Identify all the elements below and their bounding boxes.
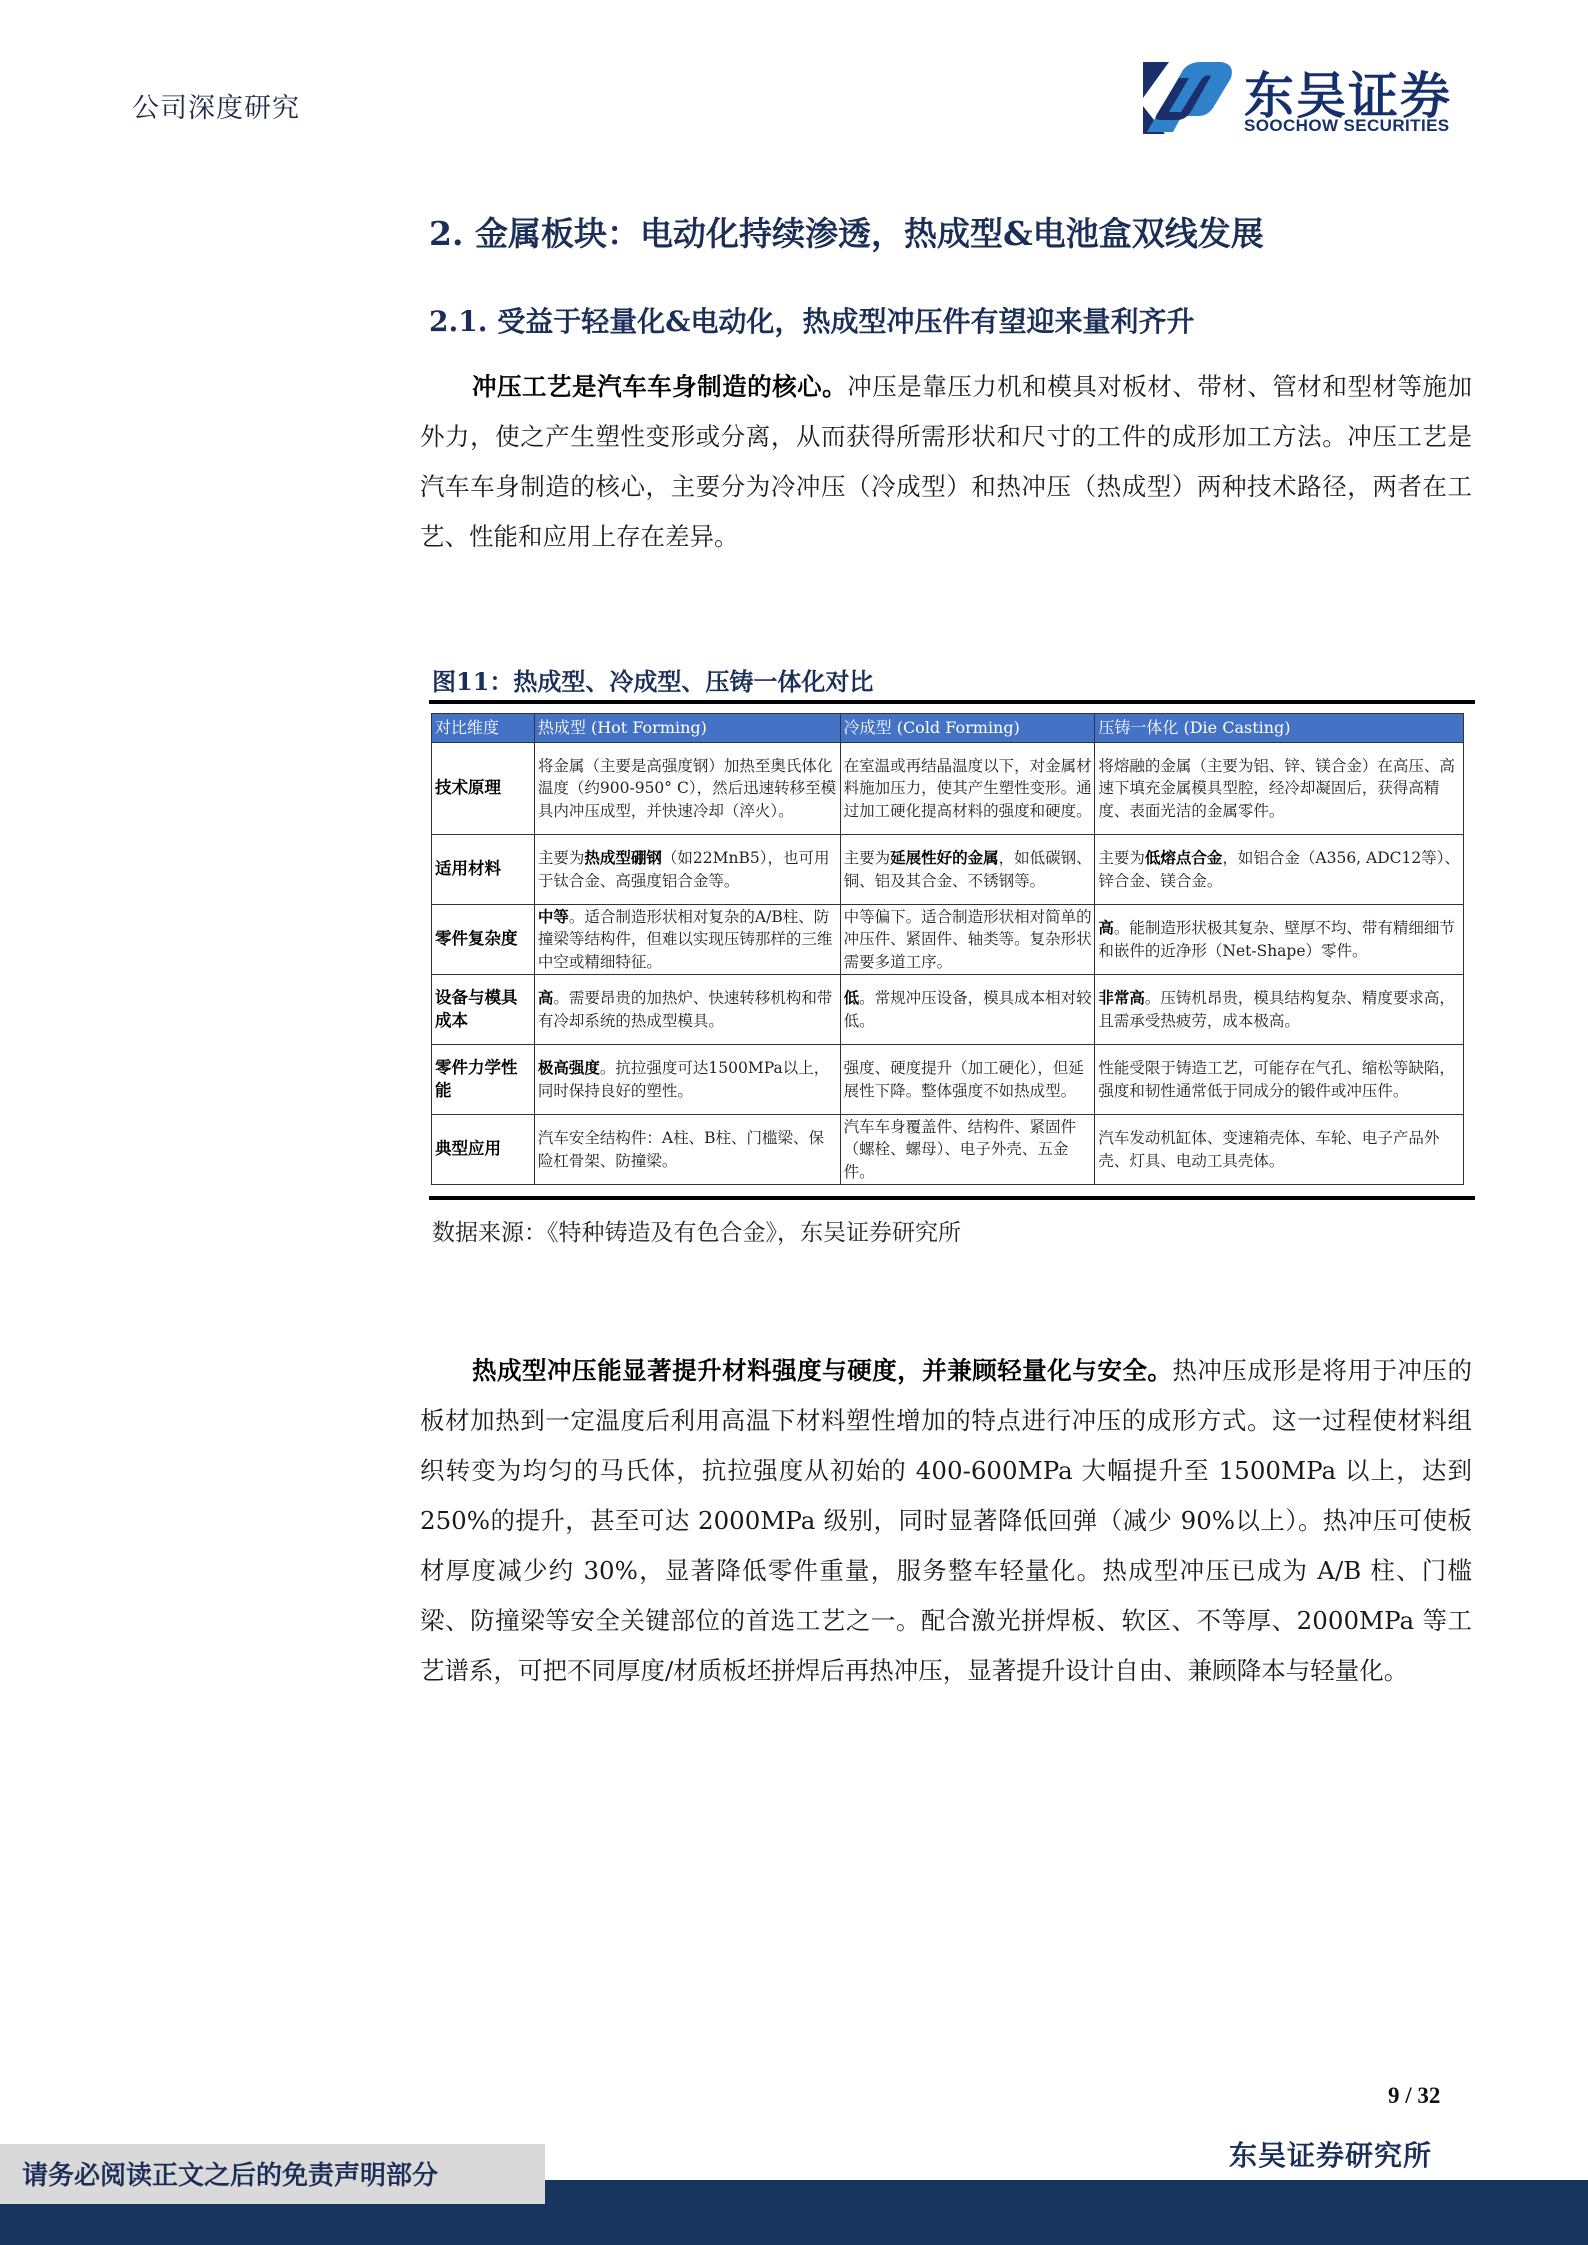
logo-name-en: SOOCHOW SECURITIES (1244, 116, 1450, 136)
cell-die: 性能受限于铸造工艺，可能存在气孔、缩松等缺陷，强度和韧性通常低于同成分的锻件或冲… (1095, 1045, 1464, 1115)
cell-cold: 主要为延展性好的金属，如低碳钢、铜、铝及其合金、不锈钢等。 (840, 835, 1095, 905)
table-row: 零件复杂度 中等。适合制造形状相对复杂的A/B柱、防撞梁等结构件，但难以实现压铸… (432, 905, 1464, 975)
paragraph-stamping-intro: 冲压工艺是汽车车身制造的核心。冲压是靠压力机和模具对板材、带材、管材和型材等施加… (420, 362, 1472, 562)
cell-cold: 强度、硬度提升（加工硬化），但延展性下降。整体强度不如热成型。 (840, 1045, 1095, 1115)
cell-cold: 低。常规冲压设备，模具成本相对较低。 (840, 975, 1095, 1045)
row-dimension: 零件力学性能 (432, 1045, 535, 1115)
paragraph-body: 热冲压成形是将用于冲压的板材加热到一定温度后利用高温下材料塑性增加的特点进行冲压… (420, 1356, 1472, 1685)
cell-die: 将熔融的金属（主要为铝、锌、镁合金）在高压、高速下填充金属模具型腔，经冷却凝固后… (1095, 743, 1464, 835)
soochow-logo: 东吴证券 SOOCHOW SECURITIES (1143, 62, 1473, 138)
table-header-row: 对比维度 热成型 (Hot Forming) 冷成型 (Cold Forming… (432, 714, 1464, 743)
table-row: 技术原理 将金属（主要是高强度钢）加热至奥氏体化温度（约900-950° C），… (432, 743, 1464, 835)
figure-top-rule (429, 700, 1475, 704)
cell-die: 主要为低熔点合金，如铝合金（A356, ADC12等）、锌合金、镁合金。 (1095, 835, 1464, 905)
cell-cold: 汽车车身覆盖件、结构件、紧固件（螺栓、螺母）、电子外壳、五金件。 (840, 1115, 1095, 1185)
column-header: 热成型 (Hot Forming) (534, 714, 840, 743)
section-heading: 2. 金属板块：电动化持续渗透，热成型&电池盒双线发展 (429, 208, 1264, 255)
subsection-heading: 2.1. 受益于轻量化&电动化，热成型冲压件有望迎来量利齐升 (429, 300, 1195, 340)
row-dimension: 零件复杂度 (432, 905, 535, 975)
paragraph-hot-forming: 热成型冲压能显著提升材料强度与硬度，并兼顾轻量化与安全。热冲压成形是将用于冲压的… (420, 1346, 1472, 1696)
figure-bottom-rule (429, 1196, 1475, 1200)
cell-hot: 极高强度。抗拉强度可达1500MPa以上，同时保持良好的塑性。 (534, 1045, 840, 1115)
column-header: 压铸一体化 (Die Casting) (1095, 714, 1464, 743)
cell-hot: 中等。适合制造形状相对复杂的A/B柱、防撞梁等结构件，但难以实现压铸那样的三维中… (534, 905, 840, 975)
report-type-label: 公司深度研究 (132, 86, 300, 125)
cell-die: 汽车发动机缸体、变速箱壳体、车轮、电子产品外壳、灯具、电动工具壳体。 (1095, 1115, 1464, 1185)
row-dimension: 适用材料 (432, 835, 535, 905)
table-row: 典型应用 汽车安全结构件：A柱、B柱、门槛梁、保险杠骨架、防撞梁。 汽车车身覆盖… (432, 1115, 1464, 1185)
row-dimension: 技术原理 (432, 743, 535, 835)
table-row: 适用材料 主要为热成型硼钢（如22MnB5），也可用于钛合金、高强度铝合金等。 … (432, 835, 1464, 905)
cell-hot: 高。需要昂贵的加热炉、快速转移机构和带有冷却系统的热成型模具。 (534, 975, 840, 1045)
cell-cold: 在室温或再结晶温度以下，对金属材料施加压力，使其产生塑性变形。通过加工硬化提高材… (840, 743, 1095, 835)
table-row: 设备与模具成本 高。需要昂贵的加热炉、快速转移机构和带有冷却系统的热成型模具。 … (432, 975, 1464, 1045)
row-dimension: 典型应用 (432, 1115, 535, 1185)
column-header: 冷成型 (Cold Forming) (840, 714, 1095, 743)
cell-cold: 中等偏下。适合制造形状相对简单的冲压件、紧固件、轴类等。复杂形状需要多道工序。 (840, 905, 1095, 975)
cell-die: 高。能制造形状极其复杂、壁厚不均、带有精细细节和嵌件的近净形（Net-Shape… (1095, 905, 1464, 975)
disclaimer-text: 请务必阅读正文之后的免责声明部分 (22, 2155, 438, 2192)
cell-hot: 主要为热成型硼钢（如22MnB5），也可用于钛合金、高强度铝合金等。 (534, 835, 840, 905)
page-number: 9 / 32 (1388, 2083, 1440, 2109)
comparison-table: 对比维度 热成型 (Hot Forming) 冷成型 (Cold Forming… (431, 713, 1464, 1185)
table-row: 零件力学性能 极高强度。抗拉强度可达1500MPa以上，同时保持良好的塑性。 强… (432, 1045, 1464, 1115)
figure-title: 图11：热成型、冷成型、压铸一体化对比 (432, 662, 873, 697)
column-header: 对比维度 (432, 714, 535, 743)
paragraph-lead: 冲压工艺是汽车车身制造的核心。 (472, 372, 847, 401)
soochow-logo-mark-icon (1143, 62, 1235, 134)
footer-org-name: 东吴证券研究所 (1229, 2134, 1432, 2174)
cell-die: 非常高。压铸机昂贵，模具结构复杂、精度要求高，且需承受热疲劳，成本极高。 (1095, 975, 1464, 1045)
figure-source: 数据来源：《特种铸造及有色合金》，东吴证券研究所 (432, 1214, 961, 1247)
cell-hot: 将金属（主要是高强度钢）加热至奥氏体化温度（约900-950° C），然后迅速转… (534, 743, 840, 835)
row-dimension: 设备与模具成本 (432, 975, 535, 1045)
paragraph-lead: 热成型冲压能显著提升材料强度与硬度，并兼顾轻量化与安全。 (472, 1356, 1172, 1385)
cell-hot: 汽车安全结构件：A柱、B柱、门槛梁、保险杠骨架、防撞梁。 (534, 1115, 840, 1185)
